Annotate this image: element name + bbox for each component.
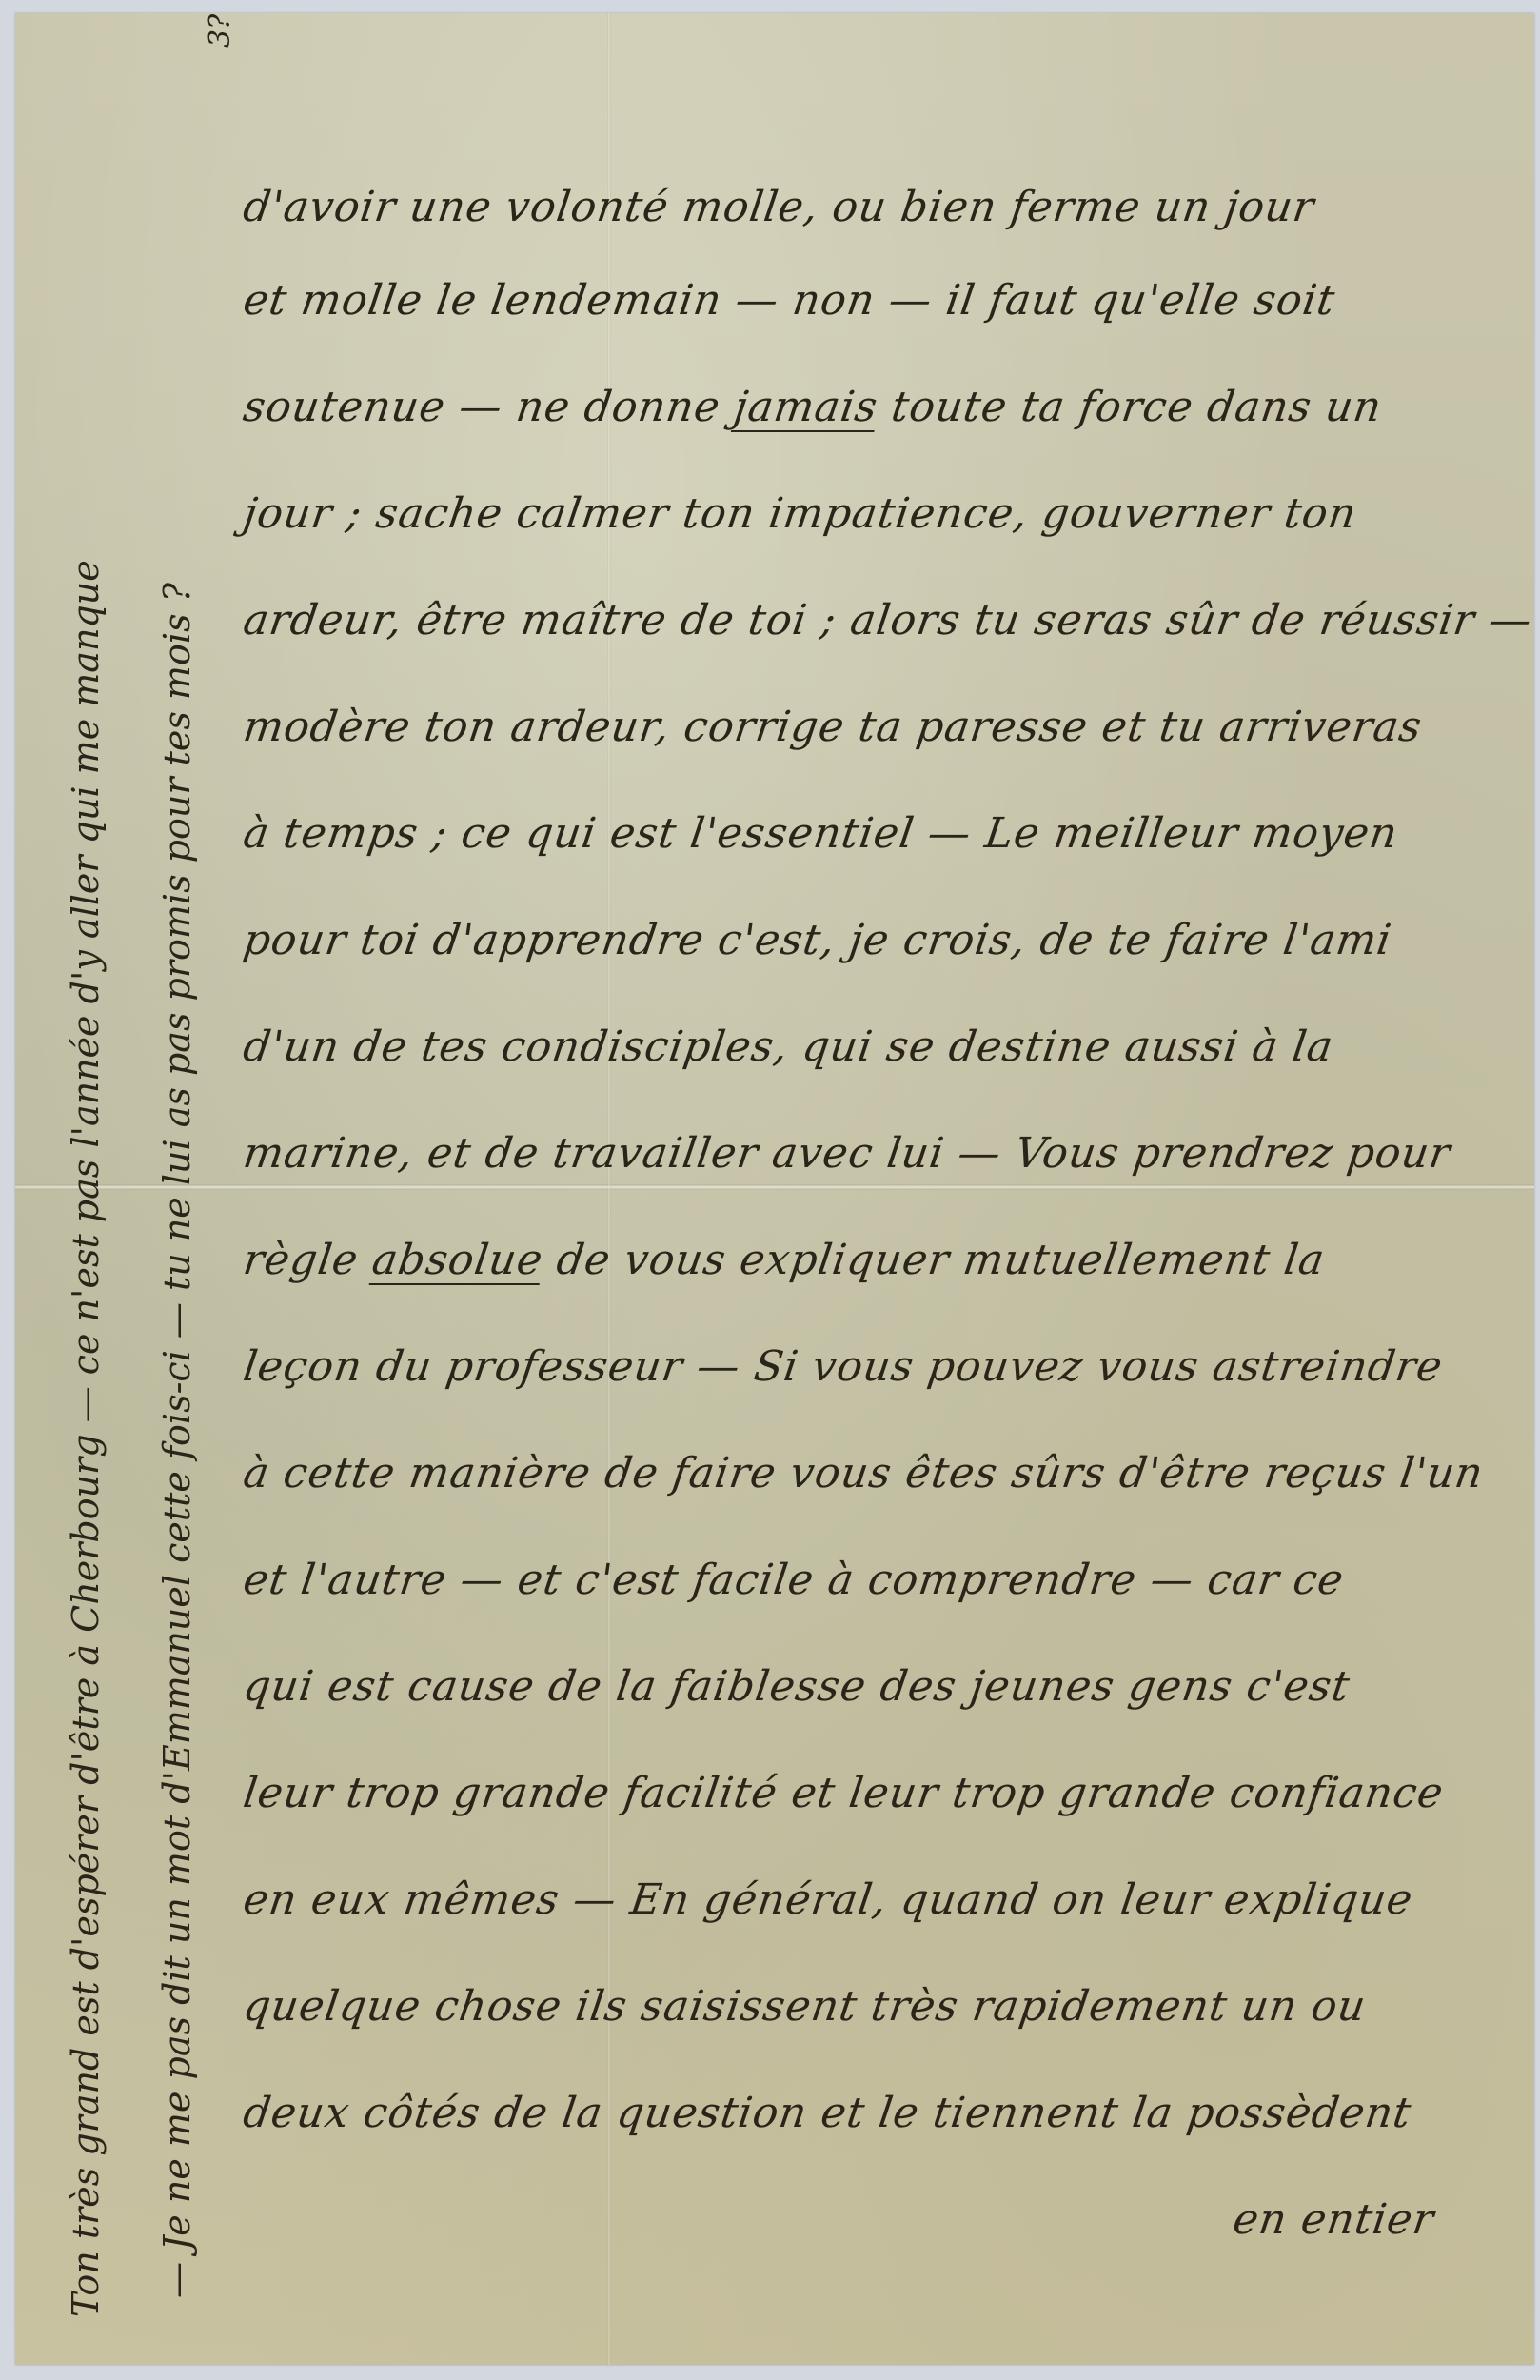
text-line-3-a: soutenue — ne donne [240,383,723,431]
horizontal-fold-crease [15,1184,1534,1190]
corner-note: 3? [204,14,237,48]
catchword-line: en entier [1230,2195,1437,2244]
text-line-19: deux côtés de la question et le tiennent… [240,2089,1414,2137]
text-line-11: règle absolue de vous expliquer mutuelle… [240,1236,1328,1284]
text-line-12: leçon du professeur — Si vous pouvez vou… [240,1342,1446,1391]
text-line-6: modère ton ardeur, corrige ta paresse et… [240,703,1425,751]
text-line-15: qui est cause de la faiblesse des jeunes… [240,1662,1352,1711]
text-line-11-a: règle [240,1236,362,1284]
text-line-10: marine, et de travailler avec lui — Vous… [240,1129,1453,1178]
text-line-9: d'un de tes condisciples, qui se destine… [240,1022,1336,1071]
text-line-13: à cette manière de faire vous êtes sûrs … [240,1449,1486,1497]
text-line-8: pour toi d'apprendre c'est, je crois, de… [240,916,1394,964]
text-line-3-b: toute ta force dans un [888,383,1385,431]
text-line-18: quelque chose ils saisissent très rapide… [240,1982,1369,2031]
text-line-1: d'avoir une volonté molle, ou bien ferme… [240,183,1317,231]
text-line-3: soutenue — ne donne jamais toute ta forc… [240,383,1385,431]
text-line-4: jour ; sache calmer ton impatience, gouv… [240,489,1359,538]
text-line-5: ardeur, être maître de toi ; alors tu se… [240,596,1535,645]
letter-page: 3? Ton très grand est d'espérer d'être à… [15,13,1534,2365]
text-line-17: en eux mêmes — En général, quand on leur… [240,1875,1415,1924]
text-line-14: et l'autre — et c'est facile à comprendr… [240,1556,1347,1604]
underlined-word-absolue: absolue [369,1236,546,1284]
text-line-16: leur trop grande facilité et leur trop g… [240,1769,1447,1817]
text-line-2: et molle le lendemain — non — il faut qu… [240,276,1338,325]
text-line-11-b: de vous expliquer mutuellement la [554,1236,1329,1284]
text-line-7: à temps ; ce qui est l'essentiel — Le me… [240,809,1401,858]
margin-note-outer: Ton très grand est d'espérer d'être à Ch… [65,560,107,2317]
margin-note-inner: — Je ne me pas dit un mot d'Emmanuel cet… [156,583,198,2298]
underlined-word-jamais: jamais [731,383,881,431]
